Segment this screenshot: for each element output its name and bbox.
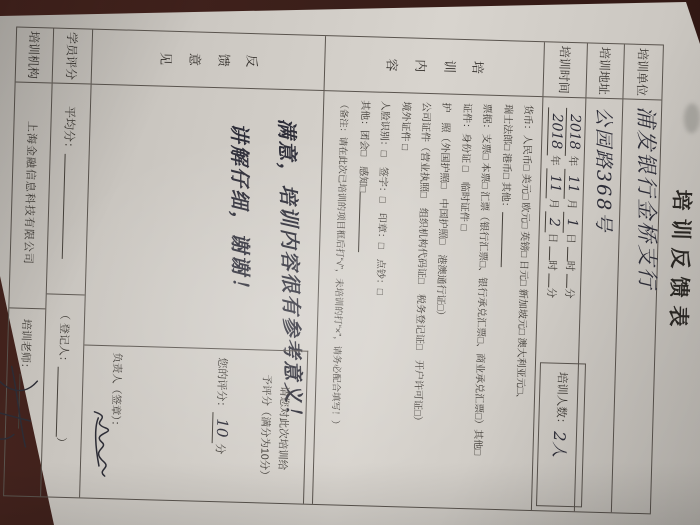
feedback-handwriting-line2: 讲解仔细，谢谢！: [227, 123, 257, 299]
content-checkbox-lines: 货币：人民币□ 美元□ 欧元□ 英镑□ 日元□ 新加坡元□ 澳大利亚元□、 瑞士…: [324, 91, 543, 510]
time2-day: 2: [545, 212, 563, 233]
training-feedback-form: 培训反馈表 培训单位 浦发银行金桥支行 培训地址 公园路368号 培训时间 2: [4, 8, 700, 497]
your-score-value: 10: [212, 412, 232, 444]
other-blank: [358, 192, 372, 252]
teacher-label: 培训老师：: [18, 319, 36, 374]
teacher-blank: [18, 374, 32, 429]
hour-unit: 时: [564, 260, 576, 271]
time1-year: 2018: [565, 108, 583, 156]
hour-blank: [549, 246, 561, 260]
score-unit: 分: [214, 443, 226, 454]
month-unit: 月: [565, 199, 577, 210]
year-unit: 年: [567, 156, 579, 167]
feedback-cell: 满意，培训内容很有参考意义！ 讲解仔细，谢谢！ 请您对此次培训给 予评分（满分为…: [80, 85, 323, 504]
row-feedback: 反馈意见 满意，培训内容很有参考意义！ 讲解仔细，谢谢！ 请您对此次培训给 予评…: [79, 30, 325, 504]
score-box: 请您对此次培训给 予评分（满分为10分） 您的评分：10分 负责人（签章）：: [80, 344, 308, 503]
day-unit: 日: [564, 233, 576, 244]
registrar-blank: [56, 367, 70, 437]
trainee-count-label: 培训人数：: [553, 372, 571, 430]
time2-year: 2018: [547, 107, 565, 155]
minute-blank: [548, 273, 560, 287]
minute-unit: 分: [545, 287, 557, 298]
teacher-field: 培训老师：: [4, 307, 45, 496]
hour-blank: [567, 247, 579, 261]
minute-blank: [566, 274, 578, 288]
time2-month: 11: [546, 168, 564, 198]
registrar-field: （ 登记人：）: [41, 293, 85, 497]
time1-day: 1: [563, 212, 581, 233]
minute-unit: 分: [563, 288, 575, 299]
training-address-handwriting: 公园路368号: [591, 107, 618, 233]
form-table: 培训单位 浦发银行金桥支行 培训地址 公园路368号 培训时间 2018年 11…: [3, 26, 664, 514]
trainee-count-handwriting: 2人: [549, 431, 573, 458]
your-score-label: 您的评分：: [215, 357, 229, 412]
training-unit-label: 培训单位: [623, 44, 663, 100]
average-score-label: 学员评分: [53, 29, 93, 85]
other-blank: [500, 212, 514, 267]
training-content-label: 培训内容: [325, 36, 544, 97]
training-address-label: 培训地址: [586, 43, 624, 99]
your-score: 您的评分：10分: [211, 357, 233, 495]
feedback-label: 反馈意见: [92, 30, 325, 91]
time1-month: 11: [564, 169, 582, 199]
average-blank: [62, 154, 77, 259]
average-label: 平均分：: [58, 84, 80, 259]
year-unit: 年: [549, 155, 561, 166]
training-time-label: 培训时间: [543, 42, 587, 98]
month-unit: 月: [547, 198, 559, 209]
row-training-content: 培训内容 货币：人民币□ 美元□ 欧元□ 英镑□ 日元□ 新加坡元□ 澳大利亚元…: [312, 36, 544, 510]
training-org-label: 培训机构: [16, 27, 54, 83]
training-content-cell: 货币：人民币□ 美元□ 欧元□ 英镑□ 日元□ 新加坡元□ 澳大利亚元□、 瑞士…: [313, 91, 542, 510]
form-title: 培训反馈表: [659, 27, 700, 498]
training-unit-handwriting: 浦发银行金桥支行: [632, 106, 663, 290]
photo-background: 培训反馈表 培训单位 浦发银行金桥支行 培训地址 公园路368号 培训时间 2: [0, 0, 700, 525]
trainee-count-box: 培训人数： 2人: [536, 362, 586, 507]
hour-unit: 时: [546, 260, 558, 271]
manager-signature-scrawl: [83, 404, 119, 483]
day-unit: 日: [546, 233, 558, 244]
